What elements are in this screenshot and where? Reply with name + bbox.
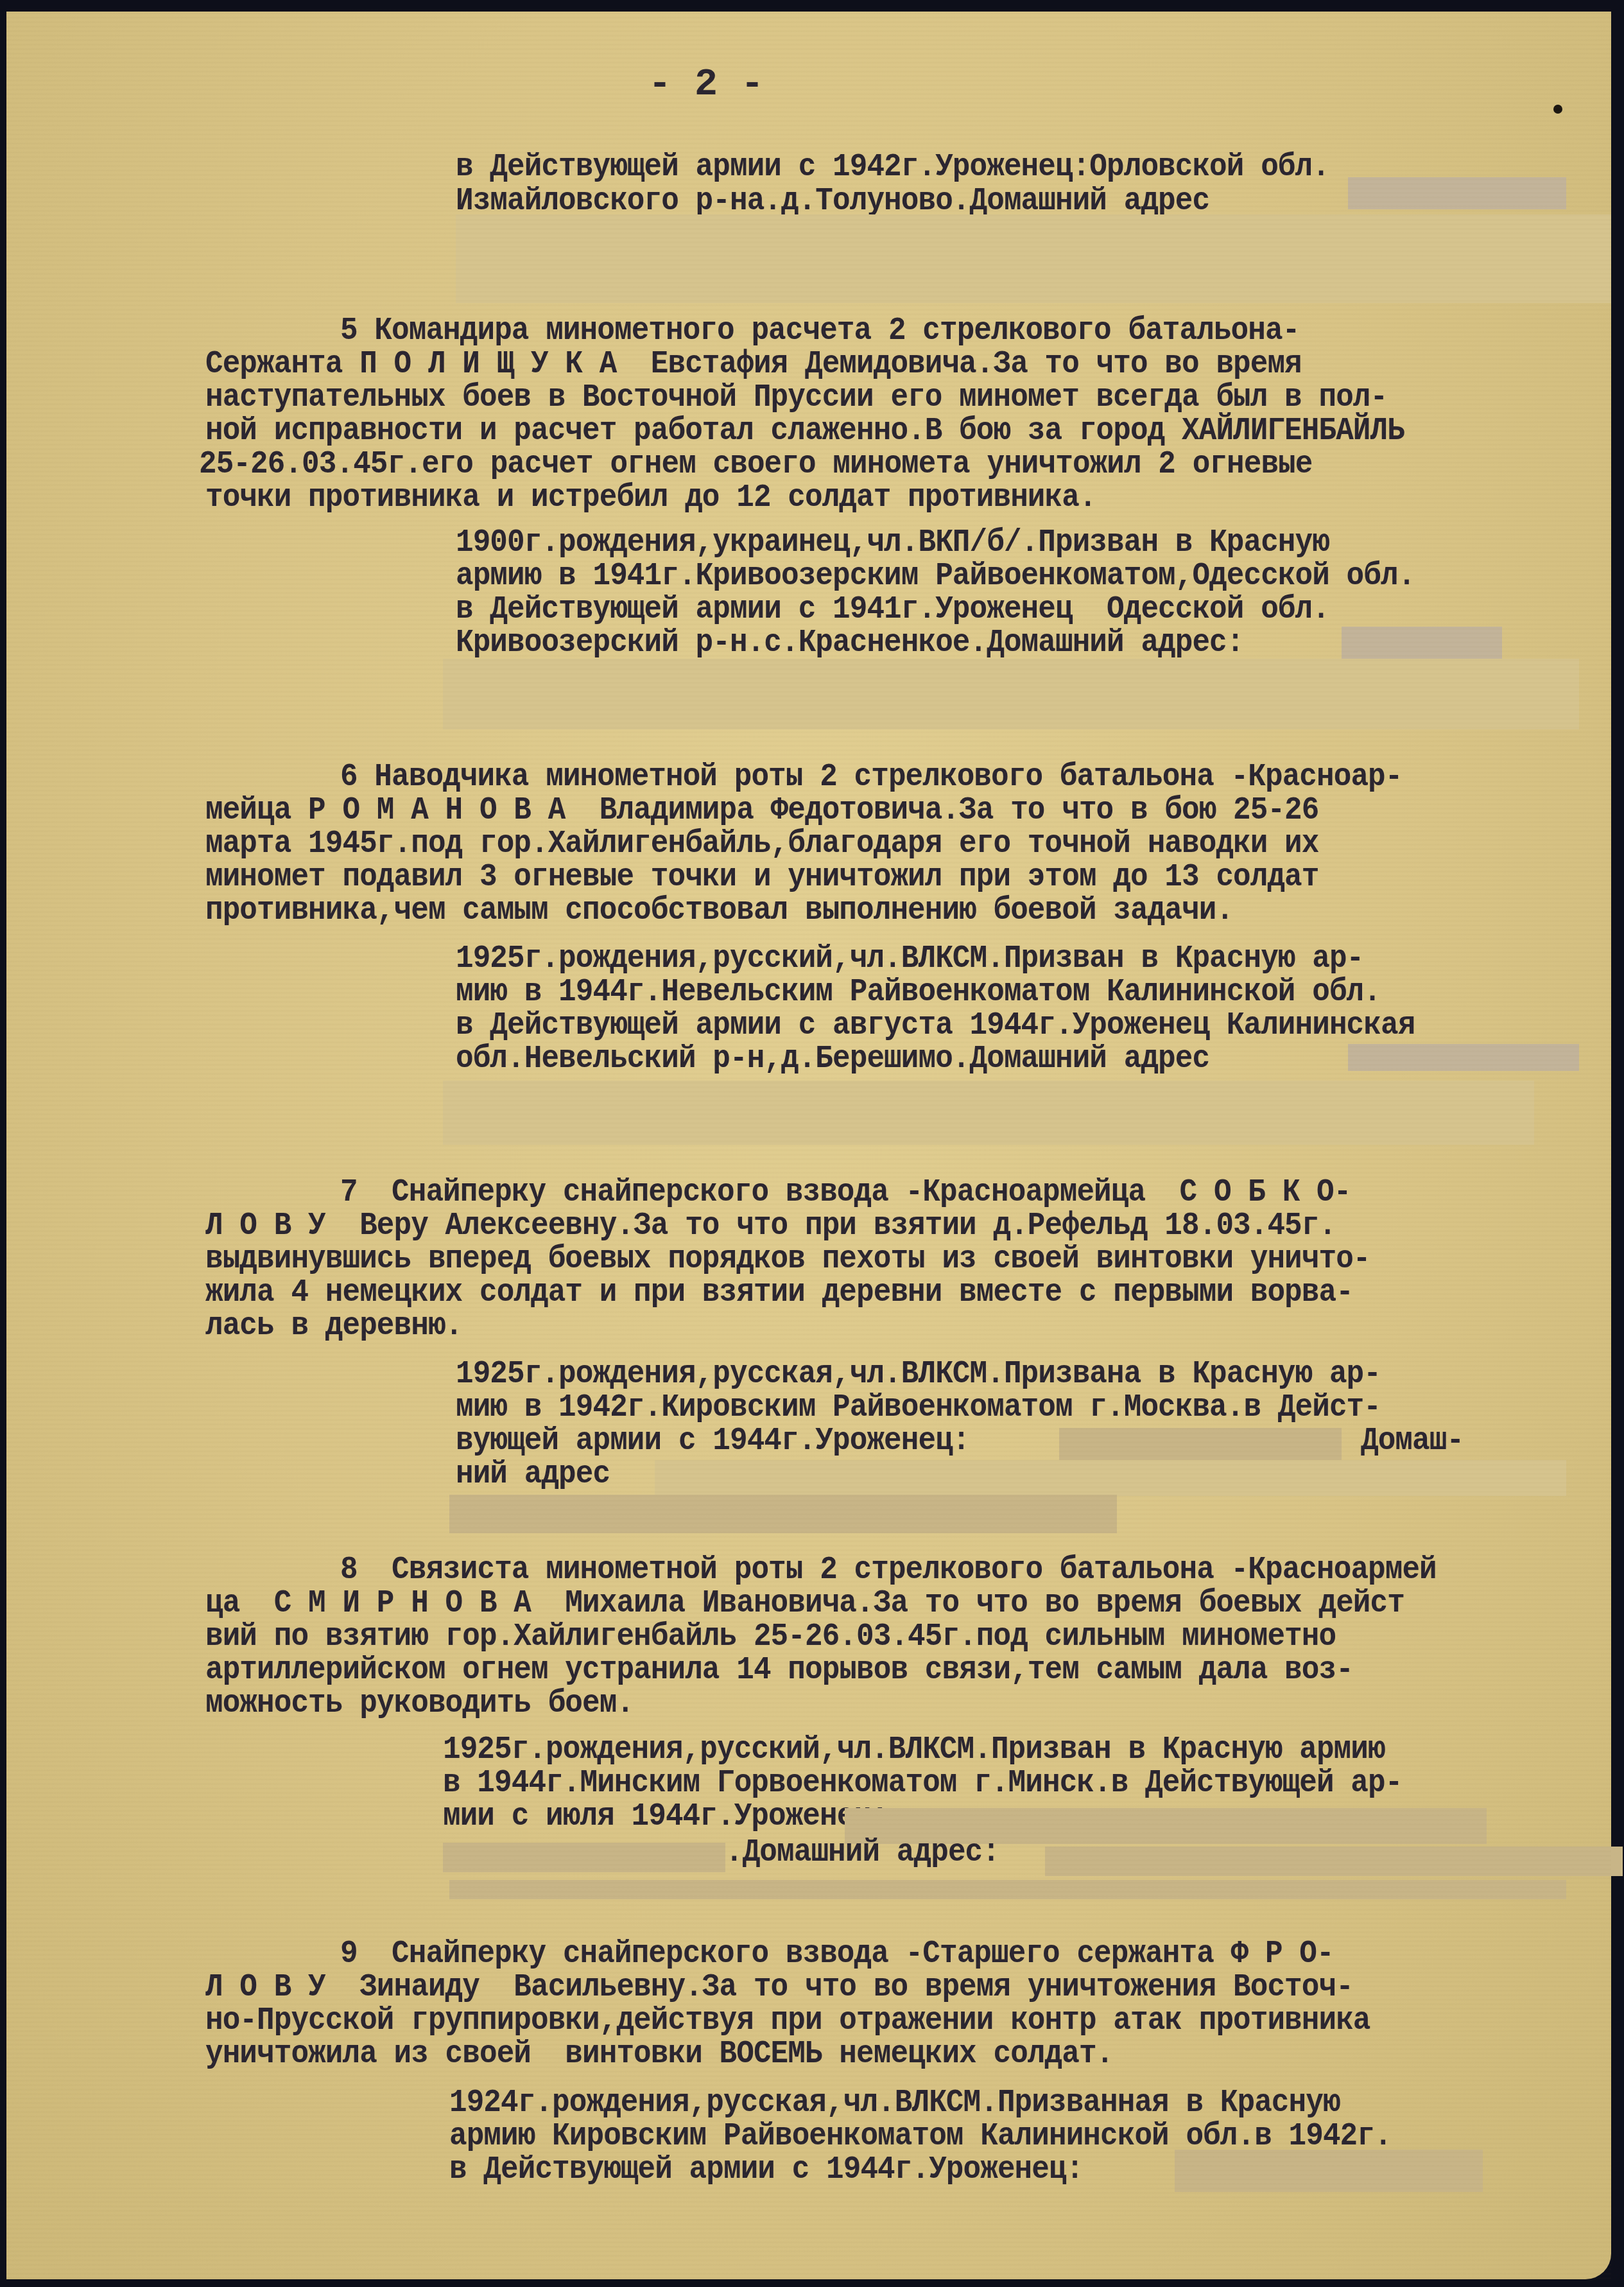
redaction-box <box>1045 1847 1623 1876</box>
entry-line: можность руководить боем. <box>205 1686 634 1722</box>
punch-hole <box>1553 105 1562 114</box>
entry-line: 25-26.03.45г.его расчет огнем своего мин… <box>199 447 1313 483</box>
entry-line: 7 Снайперку снайперского взвода -Красноа… <box>340 1175 1351 1211</box>
redaction-box <box>443 1081 1534 1145</box>
entry-line: Сержанта П О Л И Щ У К А Евстафия Демидо… <box>205 347 1302 383</box>
bio-line: 1925г.рождения,русский,чл.ВЛКСМ.Призван … <box>443 1732 1385 1768</box>
redaction-box <box>655 1460 1566 1496</box>
bio-line: вующей армии с 1944г.Уроженец: <box>456 1423 970 1459</box>
bio-line: Кривоозерский р-н.с.Красненкое.Домашний … <box>456 625 1243 661</box>
entry-line: уничтожила из своей винтовки ВОСЕМЬ неме… <box>205 2037 1113 2073</box>
entry-line: Л О В У Зинаиду Васильевну.За то что во … <box>205 1970 1353 2006</box>
bio-line: в Действующей армии с 1941г.Уроженец Оде… <box>456 592 1329 628</box>
entry-line: вий по взятию гор.Хайлигенбайль 25-26.03… <box>205 1619 1336 1655</box>
entry-line: лась в деревню. <box>205 1309 462 1344</box>
bio-line: армию в 1941г.Кривоозерским Райвоенкомат… <box>456 559 1415 595</box>
redaction-box <box>1348 1044 1579 1071</box>
bio-line: ний адрес <box>456 1457 610 1493</box>
entry-line: выдвинувшись вперед боевых порядков пехо… <box>205 1242 1370 1278</box>
bio-line: обл.Невельский р-н,д.Берешимо.Домашний а… <box>456 1041 1209 1077</box>
entry-line: точки противника и истребил до 12 солдат… <box>205 480 1096 516</box>
bio-line: мии с июля 1944г.Уроженец: <box>443 1799 888 1835</box>
entry-line: наступательных боев в Восточной Пруссии … <box>205 380 1387 416</box>
entry-line: артиллерийском огнем устранила 14 порыво… <box>205 1653 1353 1689</box>
redaction-box <box>1348 177 1566 209</box>
redaction-box <box>449 1495 1117 1533</box>
bio-line: мию в 1944г.Невельским Райвоенкоматом Ка… <box>456 975 1381 1011</box>
entry-line: марта 1945г.под гор.Хайлигенбайль,благод… <box>205 826 1319 862</box>
bio-line: 1924г.рождения,русская,чл.ВЛКСМ.Призванн… <box>449 2085 1340 2121</box>
bio-line: в Действующей армии с августа 1944г.Урож… <box>456 1008 1415 1044</box>
bio-line: 1925г.рождения,русский,чл.ВЛКСМ.Призван … <box>456 941 1363 977</box>
redaction-box <box>456 214 1611 303</box>
bio-line: мию в 1942г.Кировским Райвоенкоматом г.М… <box>456 1390 1381 1426</box>
entry-line: но-Прусской группировки,действуя при отр… <box>205 2003 1370 2039</box>
redaction-box <box>1342 627 1502 659</box>
document-page: - 2 - в Действующей армии с 1942г.Урожен… <box>6 12 1611 2279</box>
entry-line: 9 Снайперку снайперского взвода -Старшег… <box>340 1936 1334 1972</box>
entry-line: Л О В У Веру Алексеевну.За то что при вз… <box>205 1208 1336 1244</box>
page-number: - 2 - <box>648 63 764 107</box>
entry-line: 8 Связиста минометной роты 2 стрелкового… <box>340 1552 1437 1588</box>
entry-line: 5 Командира минометного расчета 2 стрелк… <box>340 313 1299 349</box>
bio-line: .Домашний адрес: <box>725 1835 999 1871</box>
entry-line: миномет подавил 3 огневые точки и уничто… <box>205 860 1319 896</box>
redaction-box <box>449 1880 1566 1899</box>
entry-line: ной исправности и расчет работал слаженн… <box>205 413 1404 449</box>
bio-line: 1900г.рождения,украинец,чл.ВКП/б/.Призва… <box>456 525 1329 561</box>
redaction-box <box>443 1843 725 1872</box>
redaction-box <box>1175 2150 1483 2192</box>
redaction-box <box>443 659 1579 729</box>
bio-line: 1925г.рождения,русская,чл.ВЛКСМ.Призвана… <box>456 1357 1381 1393</box>
entry-line: противника,чем самым способствовал выпол… <box>205 893 1233 929</box>
bio-line: Домаш- <box>1361 1423 1464 1459</box>
continuation-line: в Действующей армии с 1942г.Уроженец:Орл… <box>456 150 1329 186</box>
entry-line: ца С М И Р Н О В А Михаила Ивановича.За … <box>205 1586 1404 1622</box>
entry-line: мейца Р О М А Н О В А Владимира Федотови… <box>205 793 1319 829</box>
entry-line: 6 Наводчика минометной роты 2 стрелковог… <box>340 760 1402 796</box>
entry-line: жила 4 немецких солдат и при взятии дере… <box>205 1275 1353 1311</box>
bio-line: в 1944г.Минским Горвоенкоматом г.Минск.в… <box>443 1766 1402 1802</box>
bio-line: в Действующей армии с 1944г.Уроженец: <box>449 2152 1083 2188</box>
